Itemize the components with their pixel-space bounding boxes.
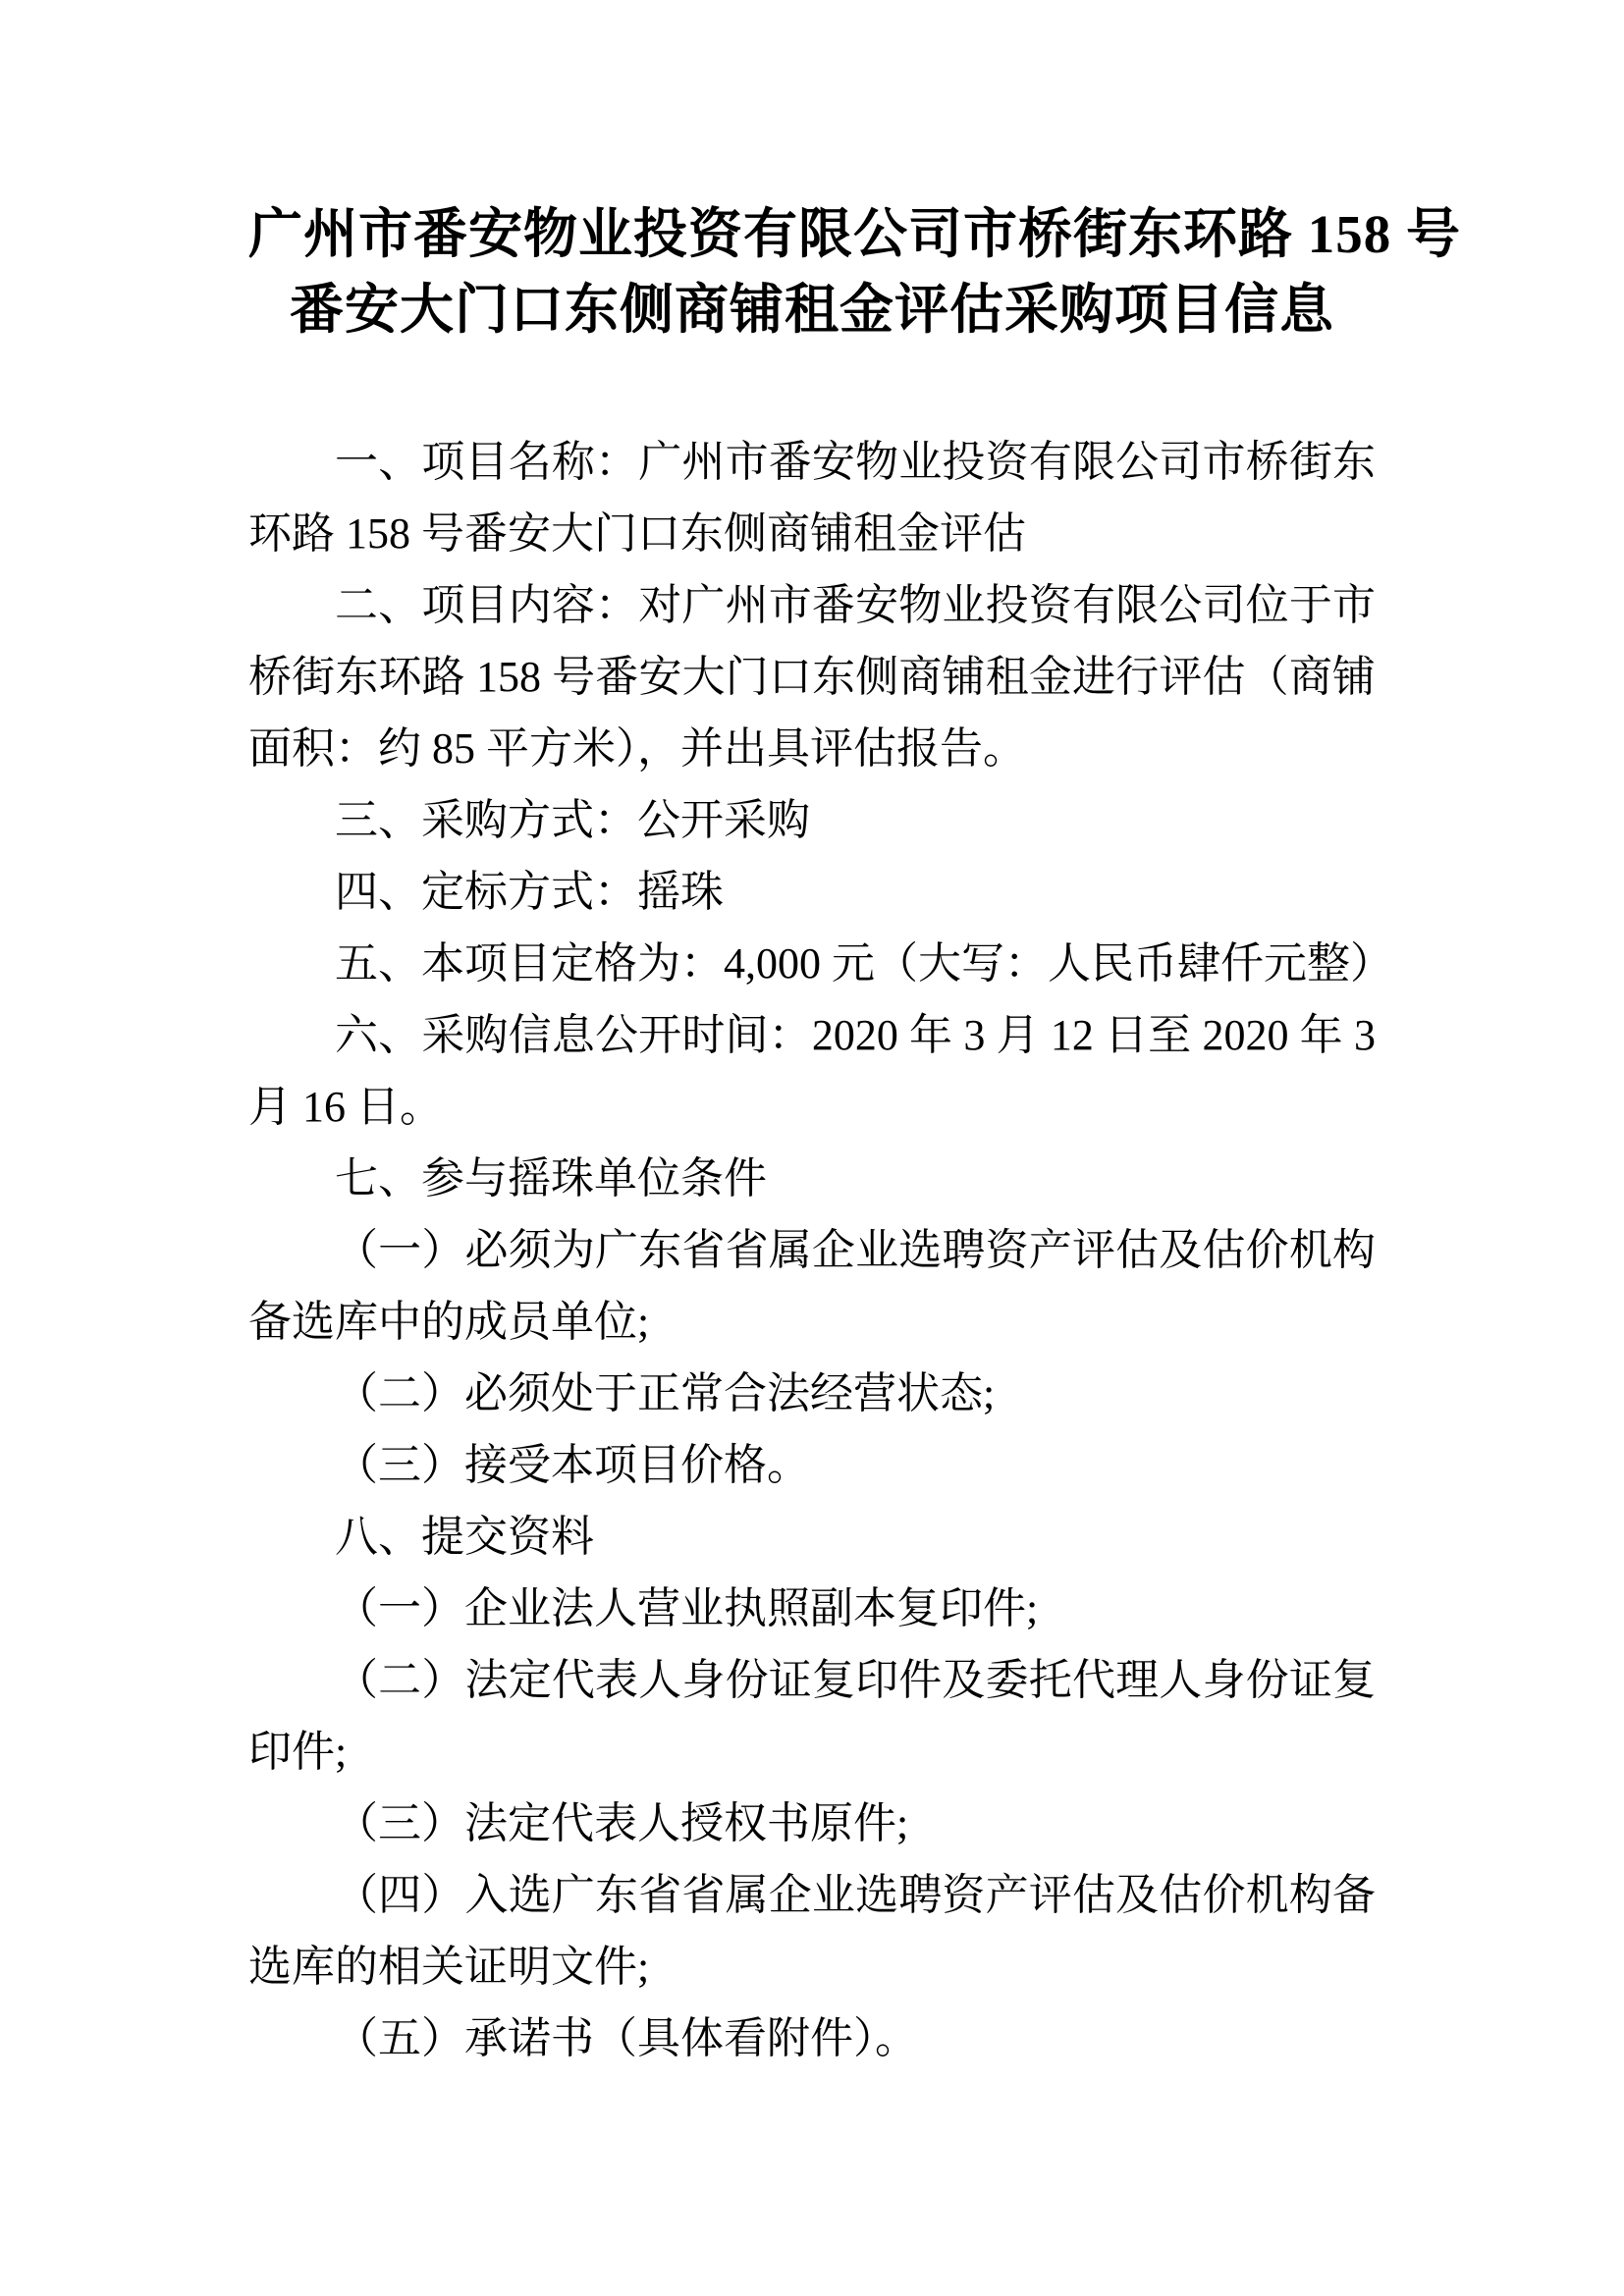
paragraph-condition-3: （三）接受本项目价格。 bbox=[248, 1429, 1376, 1501]
document-page: 广州市番安物业投资有限公司市桥街东环路 158 号 番安大门口东侧商铺租金评估采… bbox=[0, 0, 1624, 2296]
title-line-2: 番安大门口东侧商铺租金评估采购项目信息 bbox=[248, 272, 1376, 347]
document-title: 广州市番安物业投资有限公司市桥街东环路 158 号 番安大门口东侧商铺租金评估采… bbox=[248, 196, 1376, 347]
paragraph-award-method: 四、定标方式：摇珠 bbox=[248, 856, 1376, 928]
paragraph-material-2: （二）法定代表人身份证复印件及委托代理人身份证复印件; bbox=[248, 1644, 1376, 1788]
paragraph-material-1: （一）企业法人营业执照副本复印件; bbox=[248, 1573, 1376, 1644]
paragraph-submission-materials-heading: 八、提交资料 bbox=[248, 1501, 1376, 1573]
paragraph-procurement-method: 三、采购方式：公开采购 bbox=[248, 784, 1376, 856]
paragraph-project-price: 五、本项目定格为：4,000 元（大写：人民币肆仟元整） bbox=[248, 928, 1376, 999]
paragraph-material-3: （三）法定代表人授权书原件; bbox=[248, 1788, 1376, 1859]
paragraph-material-5: （五）承诺书（具体看附件）。 bbox=[248, 2002, 1376, 2074]
document-body: 一、项目名称：广州市番安物业投资有限公司市桥街东环路 158 号番安大门口东侧商… bbox=[248, 426, 1376, 2074]
paragraph-project-name: 一、项目名称：广州市番安物业投资有限公司市桥街东环路 158 号番安大门口东侧商… bbox=[248, 426, 1376, 569]
paragraph-project-content: 二、项目内容：对广州市番安物业投资有限公司位于市桥街东环路 158 号番安大门口… bbox=[248, 569, 1376, 784]
title-line-1: 广州市番安物业投资有限公司市桥街东环路 158 号 bbox=[248, 196, 1376, 272]
paragraph-participation-conditions-heading: 七、参与摇珠单位条件 bbox=[248, 1143, 1376, 1214]
paragraph-condition-1: （一）必须为广东省省属企业选聘资产评估及估价机构备选库中的成员单位; bbox=[248, 1214, 1376, 1358]
paragraph-condition-2: （二）必须处于正常合法经营状态; bbox=[248, 1358, 1376, 1429]
paragraph-publication-time: 六、采购信息公开时间：2020 年 3 月 12 日至 2020 年 3 月 1… bbox=[248, 999, 1376, 1143]
paragraph-material-4: （四）入选广东省省属企业选聘资产评估及估价机构备选库的相关证明文件; bbox=[248, 1859, 1376, 2002]
